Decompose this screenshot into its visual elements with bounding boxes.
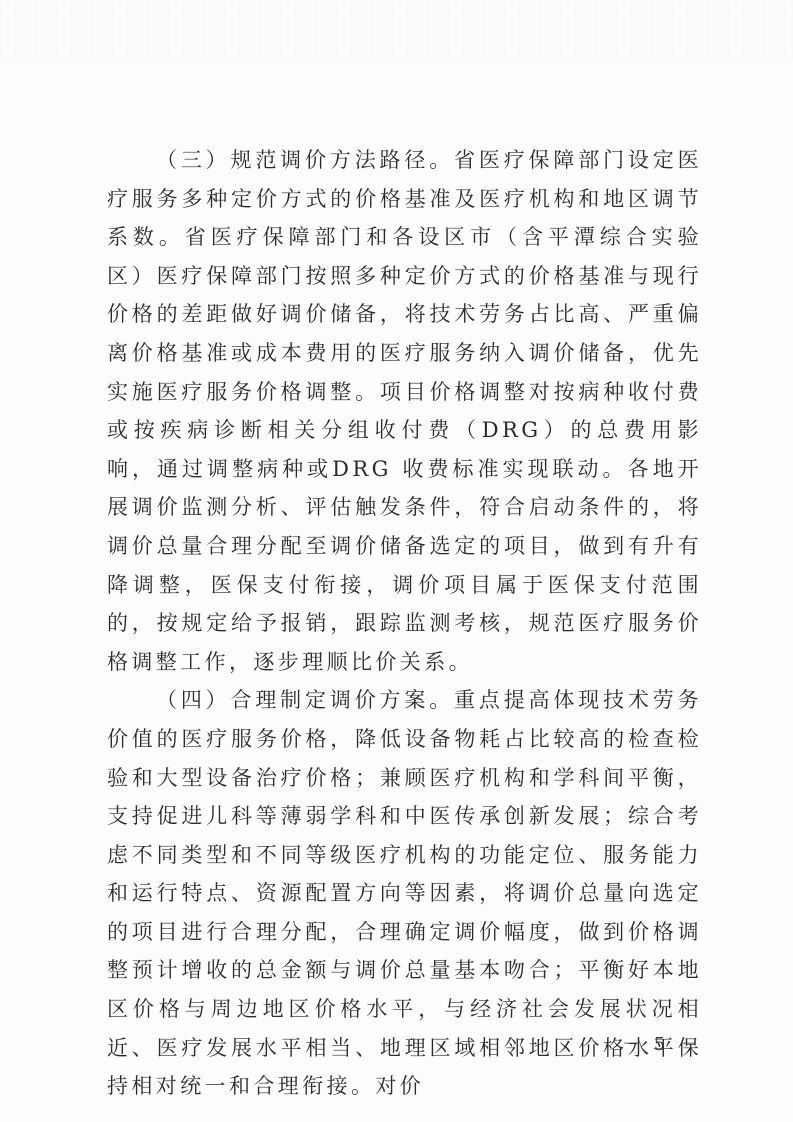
paragraph-section-3: （三）规范调价方法路径。省医疗保障部门设定医疗服务多种定价方式的价格基准及医疗机… [107,141,702,681]
document-body: （三）规范调价方法路径。省医疗保障部门设定医疗服务多种定价方式的价格基准及医疗机… [107,141,702,1106]
paragraph-section-4: （四）合理制定调价方案。重点提高体现技术劳务价值的医疗服务价格，降低设备物耗占比… [107,681,702,1106]
scan-noise [0,0,793,60]
page-number: － 5 － [622,1030,701,1056]
